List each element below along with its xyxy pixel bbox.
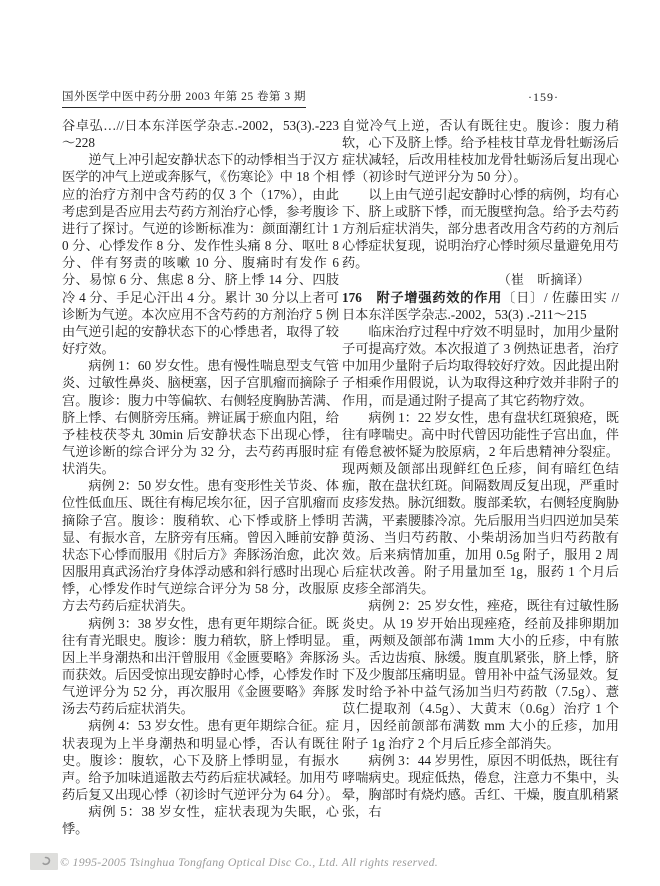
right-paragraph-case3: 病例 3：44 岁男性，原因不明低热，既往有哮喘病史。现症低热，倦怠，注意力不集… (342, 752, 619, 821)
article-176-title: 176 附子增强药效的作用 (342, 290, 502, 305)
left-paragraph-case2: 病例 2：50 岁女性。患有变形性关节炎、体位性低血压、既往有梅尼埃尔征，因子宫… (62, 477, 339, 614)
journal-header-title: 国外医学中医中药分册 2003 年第 25 卷第 3 期 (62, 88, 306, 108)
right-paragraph-case2: 病例 2：25 岁女性，痤疮，既往有过敏性肠炎史。从 19 岁开始出现痤疮，经前… (342, 597, 619, 751)
left-paragraph-abstract: 逆气上冲引起安静状态下的动悸相当于汉方医学的冲气上逆或奔豚气，《伤寒论》中 18… (62, 151, 339, 357)
right-paragraph-case1: 病例 1：22 岁女性，患有盘状红斑狼疮，既往有哮喘史。高中时代曾因功能性子宫出… (342, 409, 619, 598)
page-number: ·159· (528, 90, 559, 105)
right-paragraph-abstract: 临床治疗过程中疗效不明显时，加用少量附子可提高疗效。本次报道了 3 例热证患者，… (342, 323, 619, 409)
copyright-text: © 1995-2005 Tsinghua Tongfang Optical Di… (60, 855, 438, 870)
right-column: 自觉冷气上逆，否认有既往史。腹诊：腹力稍软，心下及脐上悸。给予桂枝甘草龙骨牡蛎汤… (342, 117, 619, 820)
translator-credit: （崔 昕摘译） (342, 271, 619, 288)
left-paragraph-case5: 病例 5：38 岁女性，症状表现为失眠，心悸。 (62, 803, 339, 837)
left-paragraph-case3: 病例 3：38 岁女性，患有更年期综合征。既往有青光眼史。腹诊：腹力稍软，脐上悸… (62, 615, 339, 718)
right-paragraph-conclusion: 以上由气逆引起安静时心悸的病例，均有心下、脐上或脐下悸，而无腹壁拘急。给予去芍药… (342, 186, 619, 272)
tongfang-disc-logo-icon (30, 853, 58, 870)
left-column: 谷卓弘…//日本东洋医学杂志.-2002，53(3).-223～228 逆气上冲… (62, 117, 339, 838)
scan-footer: © 1995-2005 Tsinghua Tongfang Optical Di… (0, 850, 660, 880)
left-paragraph-case1: 病例 1：60 岁女性。患有慢性喘息型支气管炎、过敏性鼻炎、脑梗塞，因子宫肌瘤而… (62, 357, 339, 477)
right-paragraph-continuation: 自觉冷气上逆，否认有既往史。腹诊：腹力稍软，心下及脐上悸。给予桂枝甘草龙骨牡蛎汤… (342, 117, 619, 186)
scanned-journal-page: 国外医学中医中药分册 2003 年第 25 卷第 3 期 ·159· 谷卓弘…/… (0, 0, 660, 886)
left-paragraph-case4: 病例 4：53 岁女性。患有更年期综合征。症状表现为上半身潮热和明显心悸，否认有… (62, 717, 339, 803)
reference-tail: 谷卓弘…//日本东洋医学杂志.-2002，53(3).-223～228 (62, 117, 339, 151)
article-176-heading: 176 附子增强药效的作用〔日〕/ 佐藤田实 // 日本东洋医学杂志.-2002… (342, 289, 619, 323)
